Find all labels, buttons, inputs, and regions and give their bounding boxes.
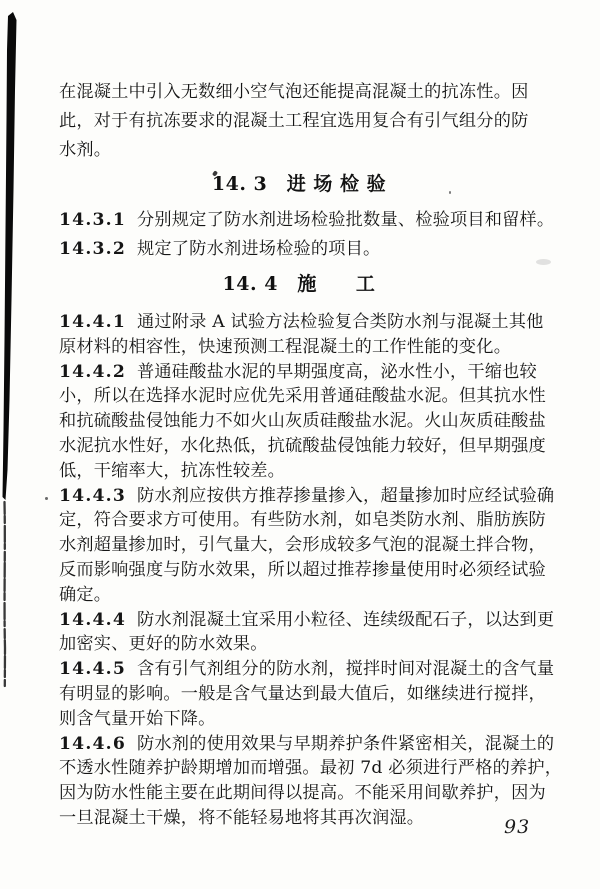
clauses-14-3: 14.3.1分别规定了防水剂进场检验批数量、检验项目和留样。14.3.2规定了防… xyxy=(59,206,539,264)
text-line: 不透水性随养护龄期增加而增强。最初 7d 必须进行严格的养护， xyxy=(59,756,539,781)
text-line: 和抗硫酸盐侵蚀能力不如火山灰质硅酸盐水泥。火山灰质硅酸盐 xyxy=(59,409,539,434)
text-line: 14.4.1通过附录 A 试验方法检验复合类防水剂与混凝土其他 xyxy=(59,310,539,335)
intro-paragraph: 在混凝土中引入无数细小空气泡还能提高混凝土的抗冻性。因此，对于有抗冻要求的混凝土… xyxy=(59,78,539,165)
text-line: 14.4.4防水剂混凝土宜采用小粒径、连续级配石子，以达到更 xyxy=(59,608,539,633)
text-line: 一旦混凝土干燥，将不能轻易地将其再次润湿。 xyxy=(59,806,539,831)
text-line: 14.4.3防水剂应按供方推荐掺量掺入，超量掺加时应经试验确 xyxy=(59,484,539,509)
binding-bar-tail xyxy=(5,502,6,686)
text-line: 14.3.2规定了防水剂进场检验的项目。 xyxy=(59,235,539,264)
heading-14-3: 14. 3 进 场 检 验 xyxy=(59,171,539,198)
text-line: 此，对于有抗冻要求的混凝土工程宜选用复合有引气组分的防 xyxy=(59,107,539,136)
text-line: 反而影响强度与防水效果，所以超过推荐掺量使用时必须经试验 xyxy=(59,558,539,583)
clause-number: 14.4.2 xyxy=(59,362,126,382)
clause-number: 14.3.2 xyxy=(59,239,126,259)
text-line: 水剂。 xyxy=(59,136,539,165)
clause-number: 14.4.5 xyxy=(59,659,126,679)
text-line: 水剂超量掺加时，引气量大，会形成较多气泡的混凝土拌合物， xyxy=(59,533,539,558)
clause-number: 14.3.1 xyxy=(59,210,126,230)
book-binding-scan-artifact xyxy=(0,0,26,889)
heading-14-4: 14. 4 施 工 xyxy=(59,271,539,298)
text-line: 因为防水性能主要在此期间得以提高。不能采用间歇养护，因为 xyxy=(59,781,539,806)
text-line: 低，干缩率大，抗冻性较差。 xyxy=(59,459,539,484)
clause-number: 14.4.6 xyxy=(59,734,126,754)
clause-number: 14.4.3 xyxy=(59,486,126,506)
text-line: 14.4.2普通硅酸盐水泥的早期强度高，泌水性小，干缩也较 xyxy=(59,360,539,385)
scan-speck xyxy=(449,191,451,194)
scan-smudge xyxy=(536,259,551,265)
text-line: 小，所以在选择水泥时应优先采用普通硅酸盐水泥。但其抗水性 xyxy=(59,384,539,409)
text-line: 14.3.1分别规定了防水剂进场检验批数量、检验项目和留样。 xyxy=(59,206,539,235)
clauses-14-4: 14.4.1通过附录 A 试验方法检验复合类防水剂与混凝土其他原材料的相容性，快… xyxy=(59,310,539,831)
text-line: 确定。 xyxy=(59,583,539,608)
text-line: 原材料的相容性，快速预测工程混凝土的工作性能的变化。 xyxy=(59,335,539,360)
page-body: 在混凝土中引入无数细小空气泡还能提高混凝土的抗冻性。因此，对于有抗冻要求的混凝土… xyxy=(59,78,539,831)
text-line: 则含气量开始下降。 xyxy=(59,707,539,732)
binding-bar-shape xyxy=(3,12,17,500)
text-line: 14.4.5含有引气剂组分的防水剂，搅拌时间对混凝土的含气量 xyxy=(59,657,539,682)
text-line: 水泥抗水性好，水化热低，抗硫酸盐侵蚀能力较好，但早期强度 xyxy=(59,434,539,459)
page-number: 93 xyxy=(504,816,530,838)
text-line: 14.4.6防水剂的使用效果与早期养护条件紧密相关，混凝土的 xyxy=(59,732,539,757)
clause-number: 14.4.1 xyxy=(59,312,126,332)
text-line: 定，符合要求方可使用。有些防水剂，如皂类防水剂、脂肪族防 xyxy=(59,508,539,533)
text-line: 有明显的影响。一般是含气量达到最大值后，如继续进行搅拌， xyxy=(59,682,539,707)
scanned-document-page: 在混凝土中引入无数细小空气泡还能提高混凝土的抗冻性。因此，对于有抗冻要求的混凝土… xyxy=(0,0,600,889)
scan-speck xyxy=(45,497,48,500)
text-line: 在混凝土中引入无数细小空气泡还能提高混凝土的抗冻性。因 xyxy=(59,78,539,107)
clause-number: 14.4.4 xyxy=(59,610,126,630)
text-line: 加密实、更好的防水效果。 xyxy=(59,632,539,657)
